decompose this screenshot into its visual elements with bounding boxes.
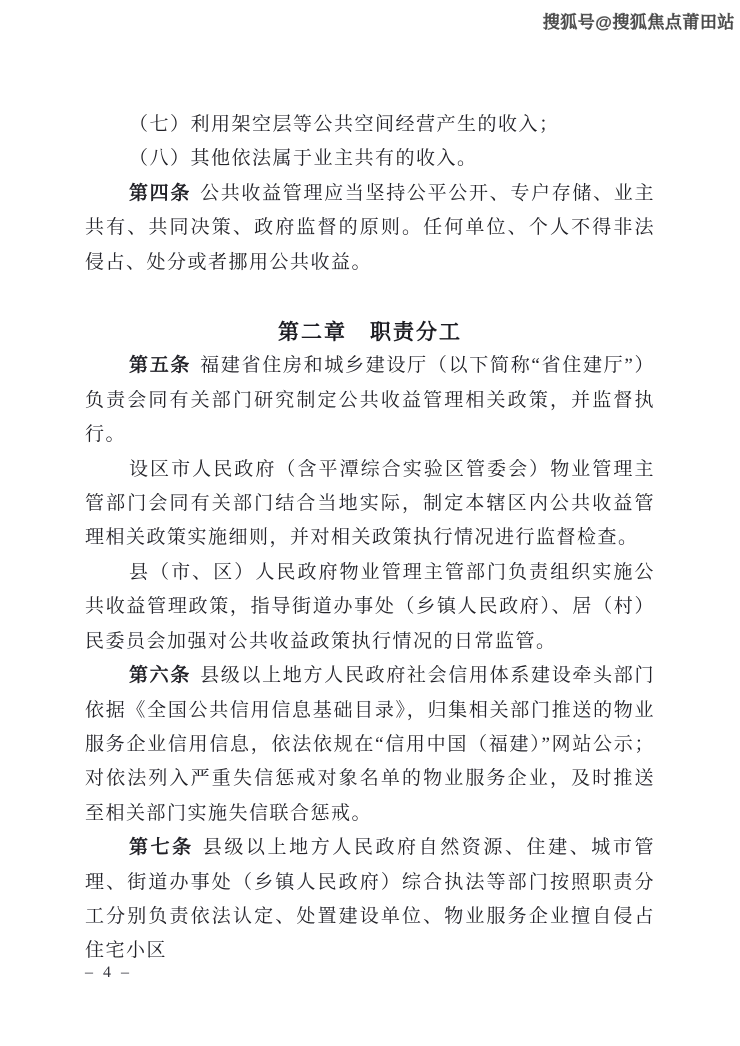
list-item-eight: （八）其他依法属于业主共有的收入。 [85,142,655,176]
article-5-sub-paragraph-county: 县（市、区）人民政府物业管理主管部门负责组织实施公共收益管理政策，指导街道办事处… [85,556,655,659]
article-4-label: 第四条 [129,183,191,204]
article-6-label: 第六条 [129,665,191,686]
article-5-sub-paragraph-county-text: 县（市、区）人民政府物业管理主管部门负责组织实施公共收益管理政策，指导街道办事处… [85,562,655,652]
document-content: （七）利用架空层等公共空间经营产生的收入； （八）其他依法属于业主共有的收入。 … [85,108,655,969]
article-6-text: 县级以上地方人民政府社会信用体系建设牵头部门依据《全国公共信用信息基础目录》，归… [85,665,655,824]
article-5-sub-paragraph-city: 设区市人民政府（含平潭综合实验区管委会）物业管理主管部门会同有关部门结合当地实际… [85,453,655,556]
article-4-paragraph: 第四条公共收益管理应当坚持公平公开、专户存储、业主共有、共同决策、政府监督的原则… [85,177,655,280]
article-5-paragraph: 第五条福建省住房和城乡建设厅（以下简称“省住建厅”）负责会同有关部门研究制定公共… [85,349,655,452]
list-item-seven-text: （七）利用架空层等公共空间经营产生的收入； [129,114,560,135]
article-5-label: 第五条 [129,355,191,376]
sohu-watermark: 搜狐号@搜狐焦点莆田站 [543,8,735,33]
list-item-seven: （七）利用架空层等公共空间经营产生的收入； [85,108,655,142]
list-item-eight-text: （八）其他依法属于业主共有的收入。 [129,148,478,169]
chapter-heading: 第二章 职责分工 [85,315,655,349]
article-7-paragraph: 第七条县级以上地方人民政府自然资源、住建、城市管理、街道办事处（乡镇人民政府）综… [85,831,655,969]
page-number: – 4 – [85,964,132,982]
article-6-paragraph: 第六条县级以上地方人民政府社会信用体系建设牵头部门依据《全国公共信用信息基础目录… [85,659,655,831]
article-7-label: 第七条 [129,837,194,858]
document-page: 搜狐号@搜狐焦点莆田站 （七）利用架空层等公共空间经营产生的收入； （八）其他依… [0,0,740,1046]
article-5-sub-paragraph-city-text: 设区市人民政府（含平潭综合实验区管委会）物业管理主管部门会同有关部门结合当地实际… [85,459,655,549]
